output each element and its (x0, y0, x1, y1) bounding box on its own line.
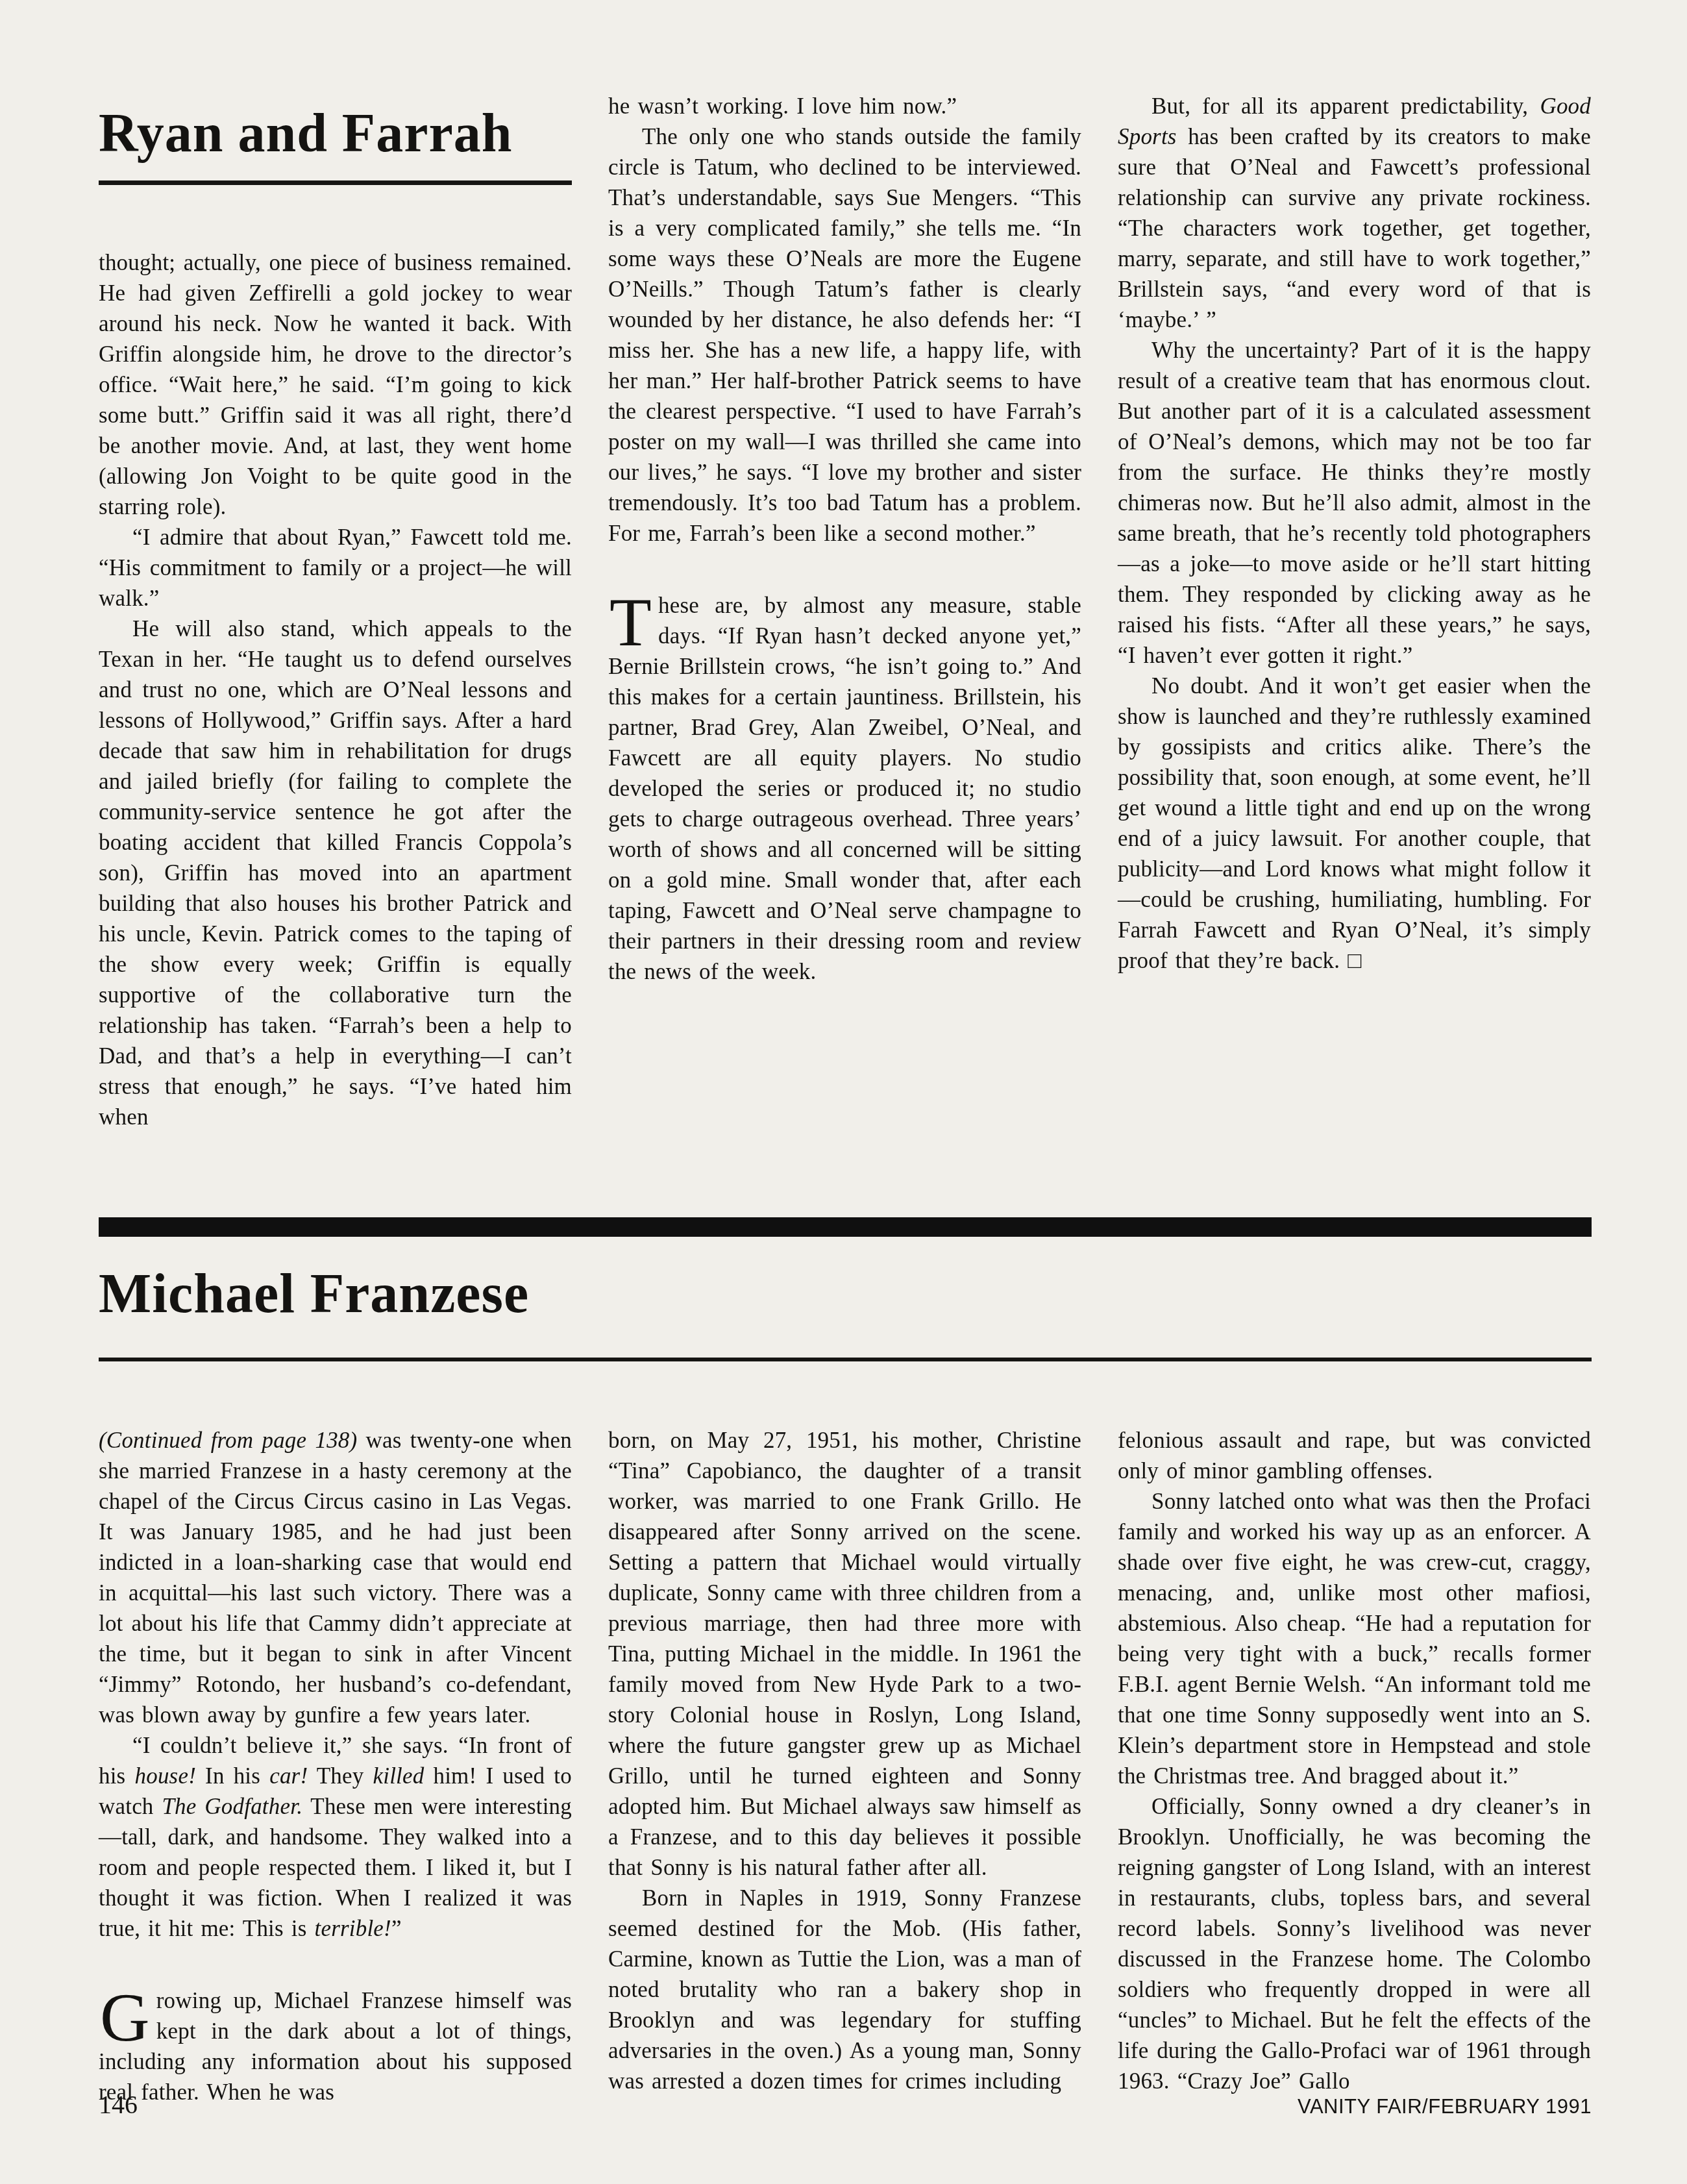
body-text: They (308, 1763, 373, 1789)
paragraph: Why the uncertainty? Part of it is the h… (1118, 335, 1591, 671)
body-text: he wasn’t working. I love him now.” (608, 93, 957, 119)
drop-cap: T (608, 590, 658, 651)
paragraph: No doubt. And it won’t get easier when t… (1118, 671, 1591, 976)
paragraph: The only one who stands outside the fami… (608, 121, 1081, 549)
franzese-column-3: felonious assault and rape, but was conv… (1118, 1425, 1591, 2096)
paragraph: Sonny latched onto what was then the Pro… (1118, 1486, 1591, 1791)
paragraph: thought; actually, one piece of business… (99, 247, 572, 522)
drop-cap: G (99, 1985, 156, 2046)
michael-franzese-section: (Continued from page 138) was twenty-one… (99, 1425, 1592, 2107)
paragraph: Born in Naples in 1919, Sonny Franzese s… (608, 1883, 1081, 2096)
paragraph: But, for all its apparent predictability… (1118, 91, 1591, 335)
page-footer: 146 VANITY FAIR/FEBRUARY 1991 (99, 2089, 1592, 2120)
paragraph: felonious assault and rape, but was conv… (1118, 1425, 1591, 1486)
column-body: felonious assault and rape, but was conv… (1118, 1425, 1591, 2096)
body-text: Sonny latched onto what was then the Pro… (1118, 1489, 1591, 1789)
section-divider-bar (99, 1217, 1592, 1237)
magazine-page: { "colors": { "paper": "#f1efea", "ink":… (0, 0, 1687, 2184)
body-text: rowing up, Michael Franzese himself was … (99, 1988, 572, 2105)
bottom-columns: (Continued from page 138) was twenty-one… (99, 1425, 1592, 2107)
column-body: he wasn’t working. I love him now.”The o… (608, 91, 1081, 987)
paragraph: born, on May 27, 1951, his mother, Chris… (608, 1425, 1081, 1883)
franzese-column-1: (Continued from page 138) was twenty-one… (99, 1425, 572, 2107)
body-text: The only one who stands outside the fami… (608, 124, 1081, 546)
ryan-farrah-column-1: Ryan and Farrah thought; actually, one p… (99, 91, 572, 1132)
body-text: ” (391, 1916, 402, 1941)
title-rule (99, 180, 572, 185)
column-body: thought; actually, one piece of business… (99, 247, 572, 1132)
magazine-credit: VANITY FAIR/FEBRUARY 1991 (1298, 2095, 1592, 2118)
italic-text: terrible! (314, 1916, 391, 1941)
body-text: Why the uncertainty? Part of it is the h… (1118, 338, 1591, 668)
column-body: (Continued from page 138) was twenty-one… (99, 1425, 572, 2107)
italic-text: car! (269, 1763, 308, 1789)
paragraph: “I couldn’t believe it,” she says. “In f… (99, 1730, 572, 1944)
body-text: Officially, Sonny owned a dry cleaner’s … (1118, 1794, 1591, 2094)
body-text: thought; actually, one piece of business… (99, 250, 572, 519)
body-text: “I admire that about Ryan,” Fawcett told… (99, 525, 572, 611)
body-text: He will also stand, which appeals to the… (99, 616, 572, 1130)
body-text: born, on May 27, 1951, his mother, Chris… (608, 1428, 1081, 1880)
ryan-farrah-column-3: But, for all its apparent predictability… (1118, 91, 1591, 976)
body-text: In his (196, 1763, 269, 1789)
paragraph: He will also stand, which appeals to the… (99, 614, 572, 1132)
italic-text: The Godfather. (162, 1794, 302, 1819)
column-body: But, for all its apparent predictability… (1118, 91, 1591, 976)
body-text: Born in Naples in 1919, Sonny Franzese s… (608, 1885, 1081, 2094)
italic-text: house! (135, 1763, 197, 1789)
italic-text: (Continued from page 138) (99, 1428, 357, 1453)
paragraph: (Continued from page 138) was twenty-one… (99, 1425, 572, 1730)
column-body: born, on May 27, 1951, his mother, Chris… (608, 1425, 1081, 2096)
ryan-farrah-column-2: he wasn’t working. I love him now.”The o… (608, 91, 1081, 987)
body-text: No doubt. And it won’t get easier when t… (1118, 673, 1591, 973)
body-text: was twenty-one when she married Franzese… (99, 1428, 572, 1728)
paragraph: Officially, Sonny owned a dry cleaner’s … (1118, 1791, 1591, 2096)
body-text: But, for all its apparent predictability… (1151, 93, 1540, 119)
ryan-and-farrah-section: Ryan and Farrah thought; actually, one p… (99, 91, 1592, 1217)
paragraph: he wasn’t working. I love him now.” (608, 91, 1081, 121)
michael-franzese-header: Michael Franzese (99, 1217, 1592, 1361)
section-divider-rule (99, 1358, 1592, 1361)
paragraph: “I admire that about Ryan,” Fawcett told… (99, 522, 572, 614)
body-text: has been crafted by its creators to make… (1118, 124, 1591, 332)
page-content: Ryan and Farrah thought; actually, one p… (99, 91, 1592, 2107)
italic-text: killed (373, 1763, 424, 1789)
paragraph: These are, by almost any measure, stable… (608, 590, 1081, 987)
body-text: felonious assault and rape, but was conv… (1118, 1428, 1591, 1483)
body-text: hese are, by almost any measure, stable … (608, 593, 1081, 984)
top-columns: Ryan and Farrah thought; actually, one p… (99, 91, 1592, 1132)
page-number: 146 (99, 2089, 138, 2120)
franzese-column-2: born, on May 27, 1951, his mother, Chris… (608, 1425, 1081, 2096)
article-title-michael-franzese: Michael Franzese (99, 1265, 1592, 1321)
article-title-ryan-and-farrah: Ryan and Farrah (99, 106, 572, 161)
